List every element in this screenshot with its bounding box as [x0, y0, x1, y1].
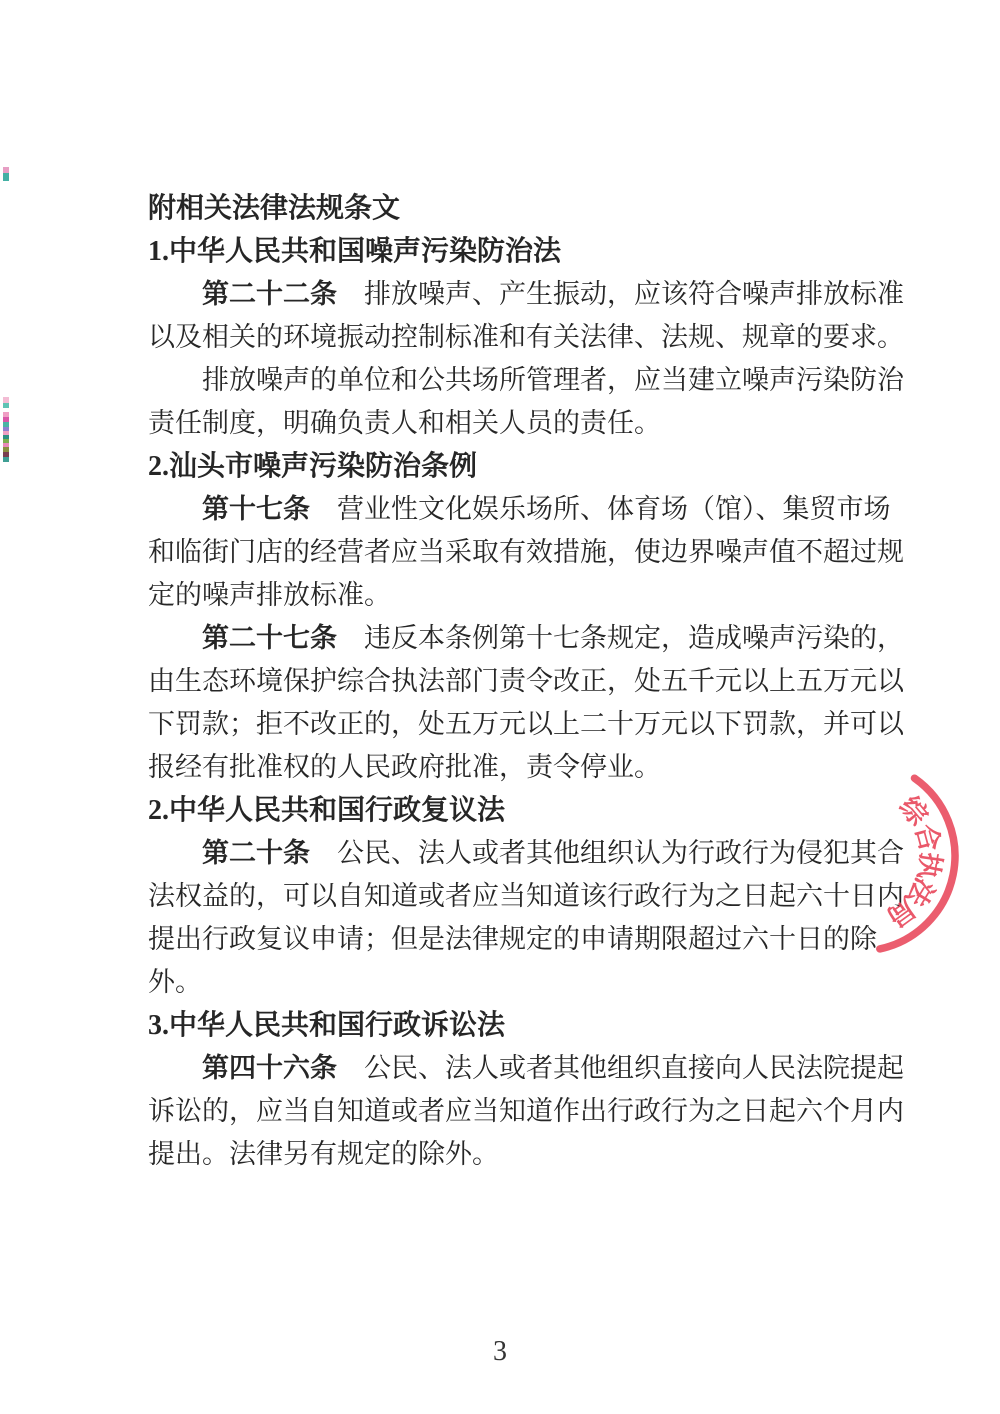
line-text: 2.中华人民共和国行政复议法 [148, 795, 505, 826]
text-line: 第二十二条 排放噪声、产生振动，应该符合噪声排放标准 [148, 273, 918, 316]
artifact-block [3, 173, 9, 181]
line-text: 排放噪声的单位和公共场所管理者，应当建立噪声污染防治 [202, 365, 904, 395]
text-line: 第二十条 公民、法人或者其他组织认为行政行为侵犯其合 [148, 832, 918, 875]
line-text: 3.中华人民共和国行政诉讼法 [148, 1010, 505, 1041]
text-line: 由生态环境保护综合执法部门责令改正，处五千元以上五万元以 [148, 660, 918, 703]
artifact-strip [3, 397, 9, 462]
text-line: 提出。法律另有规定的除外。 [148, 1133, 918, 1176]
heading-line: 2.中华人民共和国行政复议法 [148, 789, 918, 832]
text-line: 提出行政复议申请；但是法律规定的申请期限超过六十日的除 [148, 918, 918, 961]
article-number: 第四十六条 [202, 1053, 337, 1083]
text-line: 诉讼的，应当自知道或者应当知道作出行政行为之日起六个月内 [148, 1090, 918, 1133]
line-text: 由生态环境保护综合执法部门责令改正，处五千元以上五万元以 [148, 666, 904, 696]
artifact-block [3, 457, 9, 462]
line-text: 公民、法人或者其他组织认为行政行为侵犯其合 [310, 838, 904, 868]
article-number: 第二十条 [202, 838, 310, 868]
text-line: 责任制度，明确负责人和相关人员的责任。 [148, 402, 918, 445]
line-text: 提出。法律另有规定的除外。 [148, 1139, 499, 1169]
article-number: 第十七条 [202, 494, 310, 524]
artifact-strip [3, 167, 9, 181]
text-line: 外。 [148, 961, 918, 1004]
text-line: 报经有批准权的人民政府批准，责令停业。 [148, 746, 918, 789]
line-text: 1.中华人民共和国噪声污染防治法 [148, 236, 561, 267]
line-text: 诉讼的，应当自知道或者应当知道作出行政行为之日起六个月内 [148, 1096, 904, 1126]
line-text: 外。 [148, 967, 202, 997]
text-line: 定的噪声排放标准。 [148, 574, 918, 617]
article-number: 第二十七条 [202, 623, 337, 653]
heading-line: 2.汕头市噪声污染防治条例 [148, 445, 918, 488]
heading-line: 1.中华人民共和国噪声污染防治法 [148, 230, 918, 273]
text-line: 第二十七条 违反本条例第十七条规定，造成噪声污染的， [148, 617, 918, 660]
line-text: 报经有批准权的人民政府批准，责令停业。 [148, 752, 661, 782]
document-page: 附相关法律法规条文1.中华人民共和国噪声污染防治法第二十二条 排放噪声、产生振动… [0, 0, 1000, 1414]
line-text: 定的噪声排放标准。 [148, 580, 391, 610]
text-line: 以及相关的环境振动控制标准和有关法律、法规、规章的要求。 [148, 316, 918, 359]
line-text: 附相关法律法规条文 [148, 193, 400, 224]
text-line: 法权益的，可以自知道或者应当知道该行政行为之日起六十日内 [148, 875, 918, 918]
text-line: 第十七条 营业性文化娱乐场所、体育场（馆）、集贸市场 [148, 488, 918, 531]
heading-line: 附相关法律法规条文 [148, 187, 918, 230]
line-text: 公民、法人或者其他组织直接向人民法院提起 [337, 1053, 904, 1083]
heading-line: 3.中华人民共和国行政诉讼法 [148, 1004, 918, 1047]
text-line: 和临街门店的经营者应当采取有效措施，使边界噪声值不超过规 [148, 531, 918, 574]
text-line: 第四十六条 公民、法人或者其他组织直接向人民法院提起 [148, 1047, 918, 1090]
line-text: 和临街门店的经营者应当采取有效措施，使边界噪声值不超过规 [148, 537, 904, 567]
line-text: 下罚款；拒不改正的，处五万元以上二十万元以下罚款，并可以 [148, 709, 904, 739]
line-text: 以及相关的环境振动控制标准和有关法律、法规、规章的要求。 [148, 322, 904, 352]
line-text: 责任制度，明确负责人和相关人员的责任。 [148, 408, 661, 438]
line-text: 排放噪声、产生振动，应该符合噪声排放标准 [337, 279, 904, 309]
line-text: 2.汕头市噪声污染防治条例 [148, 451, 477, 482]
line-text: 违反本条例第十七条规定，造成噪声污染的， [337, 623, 904, 653]
text-line: 排放噪声的单位和公共场所管理者，应当建立噪声污染防治 [148, 359, 918, 402]
line-text: 营业性文化娱乐场所、体育场（馆）、集贸市场 [310, 494, 891, 524]
article-number: 第二十二条 [202, 279, 337, 309]
text-line: 下罚款；拒不改正的，处五万元以上二十万元以下罚款，并可以 [148, 703, 918, 746]
line-text: 法权益的，可以自知道或者应当知道该行政行为之日起六十日内 [148, 881, 904, 911]
page-number: 3 [0, 1336, 1000, 1368]
line-text: 提出行政复议申请；但是法律规定的申请期限超过六十日的除 [148, 924, 877, 954]
document-body: 附相关法律法规条文1.中华人民共和国噪声污染防治法第二十二条 排放噪声、产生振动… [148, 187, 918, 1176]
